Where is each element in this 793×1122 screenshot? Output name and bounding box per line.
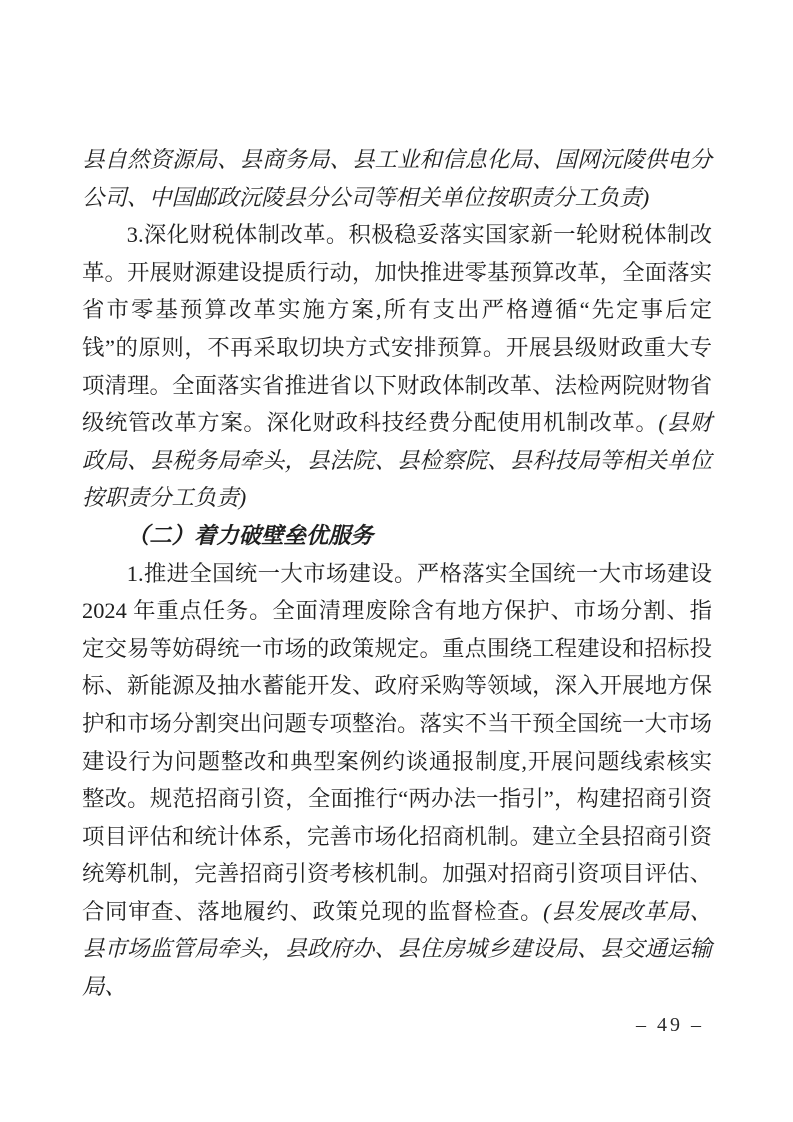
text-segment-fangsong: 1.推进全国统一大市场建设。严格落实全国统一大市场建设2024 年重点任务。全面… bbox=[82, 561, 712, 924]
text-segment-fangsong: 3.深化财税体制改革。积极稳妥落实国家新一轮财税体制改革。开展财源建设提质行动，… bbox=[82, 222, 712, 435]
text-segment-kaiti-bold: （二）着力破壁垒优服务 bbox=[127, 523, 373, 548]
paragraph-unit-list-continuation: 县自然资源局、县商务局、县工业和信息化局、国网沅陵供电分公司、中国邮政沅陵县分公… bbox=[82, 141, 712, 216]
document-page: 县自然资源局、县商务局、县工业和信息化局、国网沅陵供电分公司、中国邮政沅陵县分公… bbox=[0, 0, 793, 1122]
paragraph-item-1-unified-national-market: 1.推进全国统一大市场建设。严格落实全国统一大市场建设2024 年重点任务。全面… bbox=[82, 555, 712, 1006]
text-segment-kaiti: 县自然资源局、县商务局、县工业和信息化局、国网沅陵供电分公司、中国邮政沅陵县分公… bbox=[82, 147, 712, 210]
page-number: – 49 – bbox=[636, 1013, 704, 1037]
document-text: 县自然资源局、县商务局、县工业和信息化局、国网沅陵供电分公司、中国邮政沅陵县分公… bbox=[82, 141, 712, 1006]
paragraph-section-heading-2: （二）着力破壁垒优服务 bbox=[82, 517, 712, 555]
paragraph-item-3-fiscal-tax-reform: 3.深化财税体制改革。积极稳妥落实国家新一轮财税体制改革。开展财源建设提质行动，… bbox=[82, 216, 712, 517]
